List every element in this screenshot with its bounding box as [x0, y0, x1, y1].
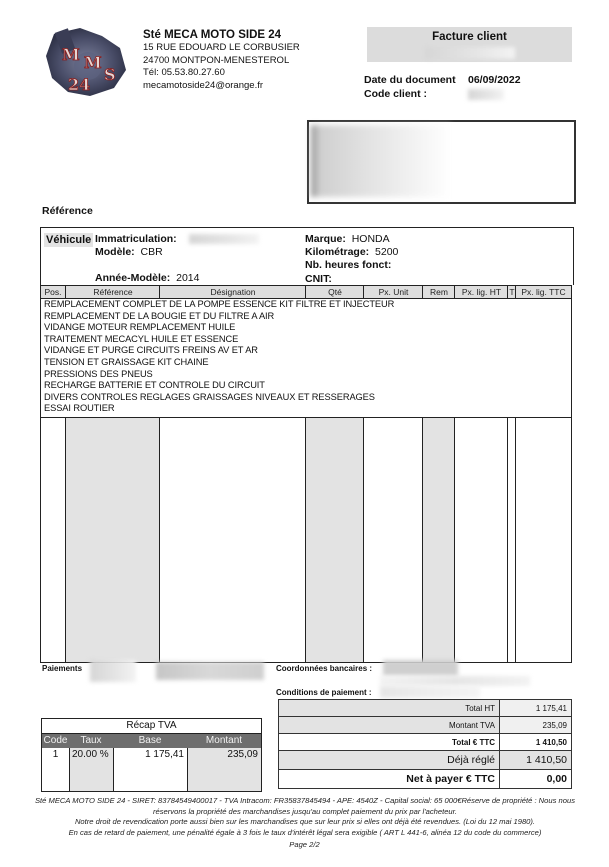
total-ht-label: Total HT	[279, 700, 500, 717]
bank-details-label: Coordonnées bancaires :	[276, 664, 372, 673]
th-designation: Désignation	[159, 286, 306, 298]
invoice-lines-table: Pos. Référence Désignation Qté Px. Unit …	[40, 285, 572, 663]
th-reference: Référence	[65, 286, 160, 298]
year-value: 2014	[176, 272, 199, 284]
vat-recap-row: 1 20.00 % 1 175,41 235,09	[42, 748, 261, 791]
vat-rate: 20.00 %	[69, 748, 113, 791]
km-value: 5200	[375, 246, 398, 258]
redacted-payment-conditions	[380, 686, 480, 698]
net-to-pay-value: 0,00	[500, 770, 572, 789]
vat-amount-value: 235,09	[500, 717, 572, 734]
footer-line3: En cas de retard de paiement, une pénali…	[30, 828, 580, 839]
vat-code: 1	[42, 748, 69, 791]
company-name: Sté MECA MOTO SIDE 24	[143, 29, 300, 41]
redacted-client-address	[311, 125, 451, 197]
footer-line1: Sté MECA MOTO SIDE 24 - SIRET: 837845494…	[30, 796, 580, 817]
model-label: Modèle:	[95, 246, 135, 258]
redacted-payment-detail	[156, 662, 264, 680]
th-pos: Pos.	[41, 286, 65, 298]
line-item: VIDANGE MOTEUR REMPLACEMENT HUILE	[41, 322, 571, 334]
line-item: TRAITEMENT MECACYL HUILE ET ESSENCE	[41, 334, 571, 346]
redacted-bank-details-2	[380, 676, 530, 686]
total-ttc-row: Total € TTC 1 410,50	[279, 734, 572, 751]
redacted-bank-details	[383, 660, 458, 676]
document-title-box: Facture client	[367, 27, 572, 62]
payment-conditions-label: Conditions de paiement :	[276, 688, 372, 697]
total-ttc-value: 1 410,50	[500, 734, 572, 751]
net-to-pay-row: Net à payer € TTC 0,00	[279, 770, 572, 789]
vat-th-base: Base	[113, 734, 187, 748]
svg-text:M: M	[84, 53, 102, 72]
designation-lines: REMPLACEMENT COMPLET DE LA POMPE ESSENCE…	[41, 299, 571, 418]
brand-value: HONDA	[352, 233, 390, 245]
net-to-pay-label: Net à payer € TTC	[279, 770, 500, 789]
vat-recap-header: Code Taux Base Montant	[42, 734, 261, 748]
company-info: Sté MECA MOTO SIDE 24 15 RUE EDOUARD LE …	[143, 29, 300, 92]
th-unit-price: Px. Unit	[363, 286, 423, 298]
line-item: DIVERS CONTROLES REGLAGES GRAISSAGES NIV…	[41, 392, 571, 404]
vehicle-right-info: Marque: HONDA Kilométrage: 5200 Nb. heur…	[305, 233, 398, 286]
line-item: ESSAI ROUTIER	[41, 403, 571, 415]
vat-recap-title: Récap TVA	[42, 719, 261, 734]
redacted-document-number	[425, 47, 515, 59]
line-item: REMPLACEMENT COMPLET DE LA POMPE ESSENCE…	[41, 299, 571, 311]
svg-text:S: S	[104, 65, 116, 84]
vat-amount-row: Montant TVA 235,09	[279, 717, 572, 734]
reference-label: Référence	[42, 205, 93, 217]
vat-amount-label: Montant TVA	[279, 717, 500, 734]
payments-label: Paiements	[42, 664, 82, 673]
line-item: TENSION ET GRAISSAGE KIT CHAINE	[41, 357, 571, 369]
vat-amount: 235,09	[187, 748, 261, 791]
date-value: 06/09/2022	[468, 74, 521, 86]
vat-th-rate: Taux	[69, 734, 113, 748]
vehicle-left-info: Immatriculation: Modèle: CBR Année-Modèl…	[95, 233, 259, 285]
company-email: mecamotoside24@orange.fr	[143, 80, 300, 92]
document-info: Date du document06/09/2022 Code client :	[364, 73, 521, 101]
document-title: Facture client	[367, 31, 572, 43]
year-label: Année-Modèle:	[95, 272, 170, 284]
svg-text:M: M	[62, 45, 80, 64]
redacted-payment-info	[90, 660, 136, 682]
vehicle-tag: Véhicule	[44, 233, 93, 247]
th-line-ttc: Px. lig. TTC	[515, 286, 571, 298]
line-item: PRESSIONS DES PNEUS	[41, 369, 571, 381]
vat-th-amount: Montant	[187, 734, 261, 748]
line-item: REMPLACEMENT DE LA BOUGIE ET DU FILTRE A…	[41, 311, 571, 323]
th-line-ht: Px. lig. HT	[454, 286, 508, 298]
cnit-label: CNIT:	[305, 273, 332, 285]
total-ttc-label: Total € TTC	[279, 734, 500, 751]
svg-text:24: 24	[68, 75, 90, 94]
vat-base: 1 175,41	[113, 748, 187, 791]
company-phone: Tél: 05.53.80.27.60	[143, 67, 300, 79]
company-address2: 24700 MONTPON-MENESTEROL	[143, 55, 300, 67]
already-paid-row: Déjà réglé 1 410,50	[279, 751, 572, 770]
vat-recap-table: Récap TVA Code Taux Base Montant 1 20.00…	[41, 718, 262, 792]
km-label: Kilométrage:	[305, 246, 369, 258]
line-item: RECHARGE BATTERIE ET CONTROLE DU CIRCUIT	[41, 380, 571, 392]
vat-th-code: Code	[42, 734, 69, 748]
footer-line2: Notre droit de revendication porte aussi…	[30, 817, 580, 828]
already-paid-value: 1 410,50	[500, 751, 572, 770]
page-number: Page 2/2	[0, 840, 609, 849]
client-code-label: Code client :	[364, 87, 468, 101]
legal-footer: Sté MECA MOTO SIDE 24 - SIRET: 837845494…	[30, 796, 580, 838]
already-paid-label: Déjà réglé	[279, 751, 500, 770]
redacted-immat	[189, 234, 259, 244]
immat-label: Immatriculation:	[95, 233, 177, 245]
model-value: CBR	[141, 246, 163, 258]
company-address1: 15 RUE EDOUARD LE CORBUSIER	[143, 42, 300, 54]
th-qty: Qté	[305, 286, 364, 298]
company-logo: M M S 24	[40, 26, 132, 98]
total-ht-value: 1 175,41	[500, 700, 572, 717]
redacted-client-code	[468, 89, 504, 100]
brand-label: Marque:	[305, 233, 346, 245]
total-ht-row: Total HT 1 175,41	[279, 700, 572, 717]
date-label: Date du document	[364, 73, 468, 87]
table-header: Pos. Référence Désignation Qté Px. Unit …	[41, 286, 571, 299]
line-item: VIDANGE ET PURGE CIRCUITS FREINS AV ET A…	[41, 345, 571, 357]
th-discount: Rem	[422, 286, 455, 298]
client-address-box	[307, 120, 576, 204]
totals-table: Total HT 1 175,41 Montant TVA 235,09 Tot…	[278, 699, 572, 789]
hours-label: Nb. heures fonct:	[305, 259, 391, 271]
